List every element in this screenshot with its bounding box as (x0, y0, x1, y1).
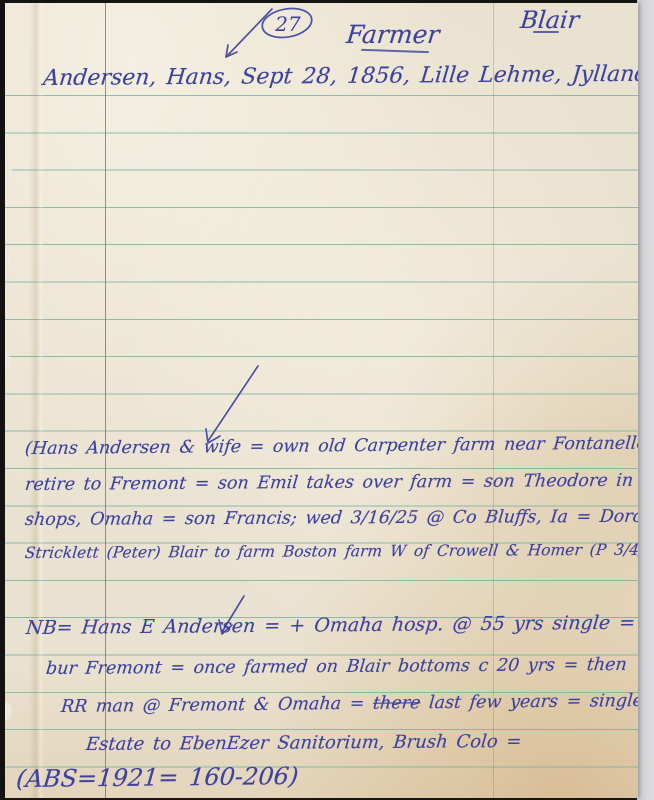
source-citation: (ABS=1921= 160-206) (15, 762, 300, 793)
category-label: Farmer (345, 20, 441, 49)
page-number: 27 (275, 12, 300, 36)
scanned-ledger-page: 27 Farmer Blair Andersen, Hans, Sept 28,… (0, 0, 654, 800)
location-label: Blair (519, 6, 581, 34)
note-line: Stricklett (Peter) Blair to farm Boston … (24, 541, 638, 562)
note-line-pre: RR man @ Fremont & Omaha = (60, 694, 374, 717)
category-underline (361, 49, 429, 53)
scanner-background (637, 0, 654, 800)
note-line: bur Fremont = once farmed on Blair botto… (45, 655, 628, 679)
note-line-post: last few years = single = (419, 691, 638, 714)
struck-word: there (372, 693, 421, 713)
location-underline (533, 31, 559, 33)
paper-crease (29, 3, 45, 798)
notebook-page: 27 Farmer Blair Andersen, Hans, Sept 28,… (5, 3, 638, 798)
note-line: retire to Fremont = son Emil takes over … (24, 471, 638, 495)
left-margin-line (105, 3, 106, 798)
note-line: shops, Omaha = son Francis; wed 3/16/25 … (24, 507, 638, 530)
entry-title: Andersen, Hans, Sept 28, 1856, Lille Leh… (42, 62, 638, 91)
page-number-circled: 27 (264, 9, 312, 38)
note-line: Estate to EbenEzer Sanitorium, Brush Col… (85, 731, 523, 755)
secondary-margin-line (493, 3, 494, 798)
